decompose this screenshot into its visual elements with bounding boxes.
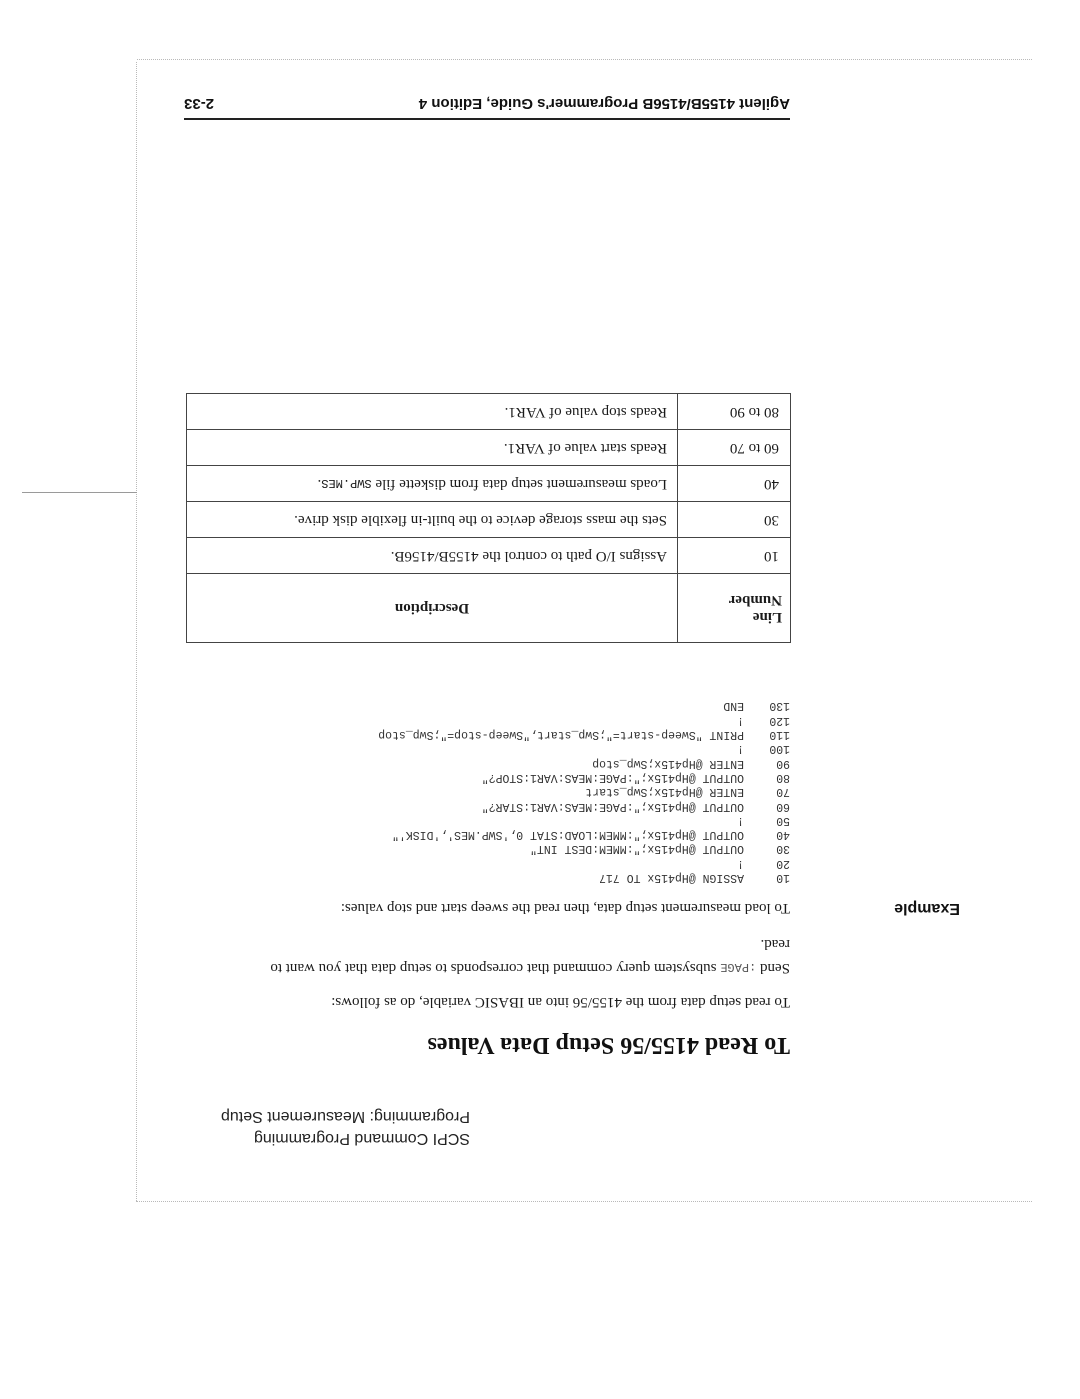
code-line: 50! xyxy=(378,813,790,827)
cell-line-number: 30 xyxy=(678,502,791,538)
cell-line-number: 40 xyxy=(678,466,791,502)
footer-rule xyxy=(184,118,790,120)
code-line-number: 120 xyxy=(744,712,790,726)
code-line-number: 110 xyxy=(744,727,790,741)
table-header-row: Line Number Description xyxy=(187,574,791,643)
header-description: Description xyxy=(187,574,678,643)
table-row: 60 to 70Reads start value of VAR1. xyxy=(187,430,791,466)
table-row: 30Sets the mass storage device to the bu… xyxy=(187,502,791,538)
scan-edge-left xyxy=(136,62,137,1202)
code-line: 70ENTER @Hp415x;Swp_start xyxy=(378,784,790,798)
code-line: 90ENTER @Hp415x;Swp_stop xyxy=(378,755,790,769)
code-line-number: 40 xyxy=(744,827,790,841)
code-line-text: ASSIGN @Hp415x TO 717 xyxy=(599,871,744,884)
step-prefix: Send xyxy=(756,960,790,976)
code-line-number: 80 xyxy=(744,770,790,784)
cell-description: Reads stop value of VAR1. xyxy=(187,394,678,430)
code-line: 100! xyxy=(378,741,790,755)
code-line-text: PRINT "Sweep-start=";Swp_start,"Sweep-st… xyxy=(378,728,744,741)
cell-description: Loads measurement setup data from disket… xyxy=(187,466,678,502)
code-line: 60OUTPUT @Hp415x;":PAGE:MEAS:VAR1:STAR?" xyxy=(378,798,790,812)
code-line-text: OUTPUT @Hp415x;":PAGE:MEAS:VAR1:STAR?" xyxy=(482,800,744,813)
description-suffix: . xyxy=(318,476,322,492)
code-listing: 10ASSIGN @Hp415x TO 71720!30OUTPUT @Hp41… xyxy=(378,698,790,884)
code-line-text: OUTPUT @Hp415x;":MMEM:LOAD:STAT 0,'SWP.M… xyxy=(392,828,744,841)
running-header: SCPI Command Programming Programming: Me… xyxy=(221,1105,470,1149)
code-line: 130END xyxy=(378,698,790,712)
cell-description: Reads start value of VAR1. xyxy=(187,430,678,466)
code-line-number: 70 xyxy=(744,784,790,798)
description-mono: SWP.MES xyxy=(321,476,371,490)
code-line-number: 30 xyxy=(744,841,790,855)
code-line-text: ENTER @Hp415x;Swp_stop xyxy=(592,757,744,770)
code-line: 110PRINT "Sweep-start=";Swp_start,"Sweep… xyxy=(378,727,790,741)
cell-line-number: 10 xyxy=(678,538,791,574)
code-line-text: ! xyxy=(737,857,744,870)
cell-line-number: 60 to 70 xyxy=(678,430,791,466)
page-number: 2-33 xyxy=(184,95,240,112)
example-label: Example xyxy=(894,899,960,917)
header-line-number: Line Number xyxy=(678,574,791,643)
step-paragraph: Send :PAGE subsystem query command that … xyxy=(270,932,790,979)
code-line: 10ASSIGN @Hp415x TO 717 xyxy=(378,870,790,884)
description-prefix: Loads measurement setup data from disket… xyxy=(372,476,667,492)
running-header-chapter: SCPI Command Programming xyxy=(221,1127,470,1149)
example-description: To load measurement setup data, then rea… xyxy=(270,896,790,919)
code-line: 80OUTPUT @Hp415x;":PAGE:MEAS:VAR1:STOP?" xyxy=(378,770,790,784)
code-line-text: ! xyxy=(737,714,744,727)
code-line: 20! xyxy=(378,855,790,869)
code-line-text: ! xyxy=(737,742,744,755)
cell-description: Assigns I/O path to control the 4155B/41… xyxy=(187,538,678,574)
cell-description: Sets the mass storage device to the buil… xyxy=(187,502,678,538)
scanned-document-page: SCPI Command Programming Programming: Me… xyxy=(0,0,1080,1399)
code-line-text: ENTER @Hp415x;Swp_start xyxy=(585,785,744,798)
code-line-text: OUTPUT @Hp415x;":MMEM:DEST INT" xyxy=(530,842,744,855)
cell-line-number: 80 to 90 xyxy=(678,394,791,430)
code-line: 30OUTPUT @Hp415x;":MMEM:DEST INT" xyxy=(378,841,790,855)
step-suffix: subsystem query command that corresponds… xyxy=(270,936,790,976)
code-line-text: ! xyxy=(737,814,744,827)
page-command: :PAGE xyxy=(720,960,756,974)
table-row: 80 to 90Reads stop value of VAR1. xyxy=(187,394,791,430)
section-title: To Read 4155/56 Setup Data Values xyxy=(427,1031,790,1058)
footer-title: Agilent 4155B/4156B Programmer's Guide, … xyxy=(419,95,790,112)
scan-edge-bottom xyxy=(137,59,1032,60)
scan-margin-mark xyxy=(22,492,137,493)
table-row: 10Assigns I/O path to control the 4155B/… xyxy=(187,538,791,574)
code-line-text: OUTPUT @Hp415x;":PAGE:MEAS:VAR1:STOP?" xyxy=(482,771,744,784)
header-line-text: Line xyxy=(753,609,782,625)
code-line-number: 130 xyxy=(744,698,790,712)
code-line-number: 60 xyxy=(744,798,790,812)
code-line-number: 10 xyxy=(744,870,790,884)
header-number-text: Number xyxy=(729,592,782,608)
code-line: 120! xyxy=(378,712,790,726)
running-header-section: Programming: Measurement Setup xyxy=(221,1105,470,1127)
table-row: 40Loads measurement setup data from disk… xyxy=(187,466,791,502)
line-description-table: Line Number Description 10Assigns I/O pa… xyxy=(186,393,791,643)
intro-paragraph: To read setup data from the 4155/56 into… xyxy=(270,990,790,1013)
code-line-number: 100 xyxy=(744,741,790,755)
code-line-number: 90 xyxy=(744,755,790,769)
code-line-number: 20 xyxy=(744,855,790,869)
code-line-number: 50 xyxy=(744,813,790,827)
code-line-text: END xyxy=(723,699,744,712)
code-line: 40OUTPUT @Hp415x;":MMEM:LOAD:STAT 0,'SWP… xyxy=(378,827,790,841)
scan-edge-top xyxy=(137,1201,1032,1202)
